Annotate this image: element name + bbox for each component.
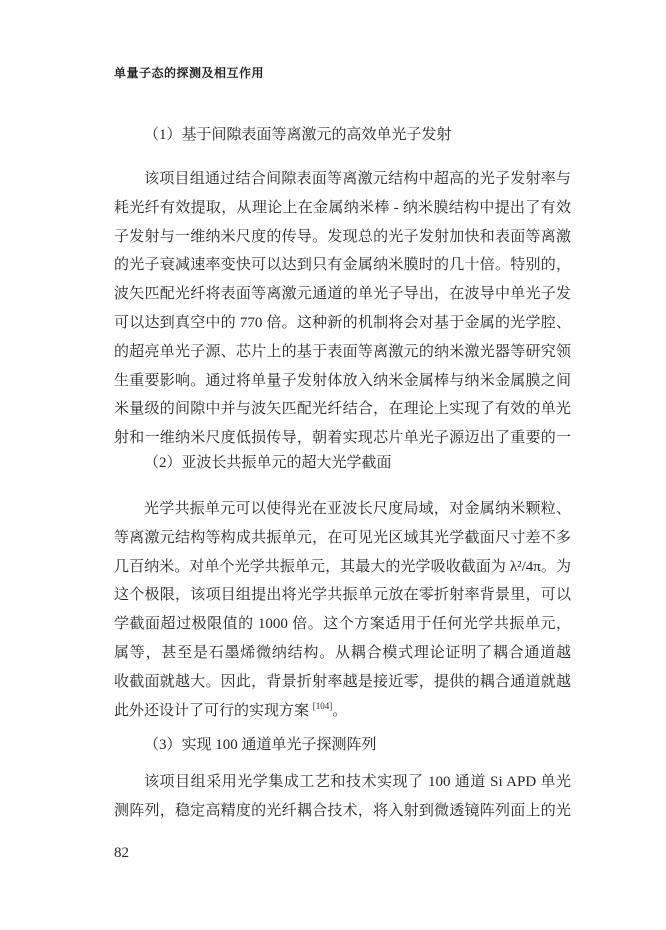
section-heading-1: （1）基于间隙表面等离激元的高效单光子发射 (114, 121, 571, 150)
text-line: 可以达到真空中的 770 倍。这种新的机制将会对基于金属的光学腔、芯片上 (114, 309, 571, 338)
text-line: 耗光纤有效提取，从理论上在金属纳米棒 - 纳米膜结构中提出了有效的单光 (114, 194, 571, 223)
text-line: 该项目组采用光学集成工艺和技术实现了 100 通道 Si APD 单光子探 (114, 768, 571, 797)
text-line: 这个极限，该项目组提出将光学共振单元放在零折射率背景里，可以使光 (114, 581, 571, 610)
text-segment: 此外还设计了可行的实现方案 (114, 703, 313, 719)
text-line: 的光子衰减速率变快可以达到只有金属纳米膜时的几十倍。特别的，利用 (114, 251, 571, 280)
text-line: 子发射与一维纳米尺度的传导。发现总的光子发射加快和表面等离激元通道 (114, 223, 571, 252)
text-line: 生重要影响。通过将单量子发射体放入纳米金属棒与纳米金属膜之间的纳 (114, 367, 571, 396)
paragraph-1: 该项目组通过结合间隙表面等离激元结构中超高的光子发射率与低损 耗光纤有效提取，从… (114, 165, 571, 453)
text-line: 米量级的间隙中并与波矢匹配光纤结合，在理论上实现了有效的单光子发 (114, 395, 571, 424)
section-heading-3: （3）实现 100 通道单光子探测阵列 (114, 731, 571, 760)
text-line-with-citation: 此外还设计了可行的实现方案 [104]。 (114, 697, 571, 726)
text-line: 属等，甚至是石墨烯微纳结构。从耦合模式理论证明了耦合通道越少，吸 (114, 639, 571, 668)
text-line: 测阵列，稳定高精度的光纤耦合技术，将入射到微透镜阵列面上的光耦合 (114, 797, 571, 826)
text-line: 等离激元结构等构成共振单元，在可见光区域其光学截面尺寸差不多都在 (114, 524, 571, 553)
citation-ref-104: [104] (313, 701, 333, 711)
text-line: 光学共振单元可以使得光在亚波长尺度局域，对金属纳米颗粒、表面 (114, 495, 571, 524)
section-heading-2: （2）亚波长共振单元的超大光学截面 (114, 449, 571, 478)
text-line: 几百纳米。对单个光学共振单元，其最大的光学吸收截面为 λ²/4π。为突破 (114, 553, 571, 582)
text-segment: 。 (332, 703, 347, 719)
text-line: 波矢匹配光纤将表面等离激元通道的单光子导出，在波导中单光子发射率 (114, 280, 571, 309)
paragraph-2: 光学共振单元可以使得光在亚波长尺度局域，对金属纳米颗粒、表面 等离激元结构等构成… (114, 495, 571, 725)
page-number: 82 (114, 845, 129, 862)
paragraph-3: 该项目组采用光学集成工艺和技术实现了 100 通道 Si APD 单光子探 测阵… (114, 768, 571, 826)
text-line: 收截面就越大。因此，背景折射率越是接近零，提供的耦合通道就越少。 (114, 668, 571, 697)
document-page: 单量子态的探测及相互作用 （1）基于间隙表面等离激元的高效单光子发射 该项目组通… (0, 0, 666, 930)
running-header: 单量子态的探测及相互作用 (114, 64, 571, 81)
text-line: 的超亮单光子源、芯片上的基于表面等离激元的纳米激光器等研究领域产 (114, 338, 571, 367)
text-line: 该项目组通过结合间隙表面等离激元结构中超高的光子发射率与低损 (114, 165, 571, 194)
text-line: 学截面超过极限值的 1000 倍。这个方案适用于任何光学共振单元，如金 (114, 610, 571, 639)
